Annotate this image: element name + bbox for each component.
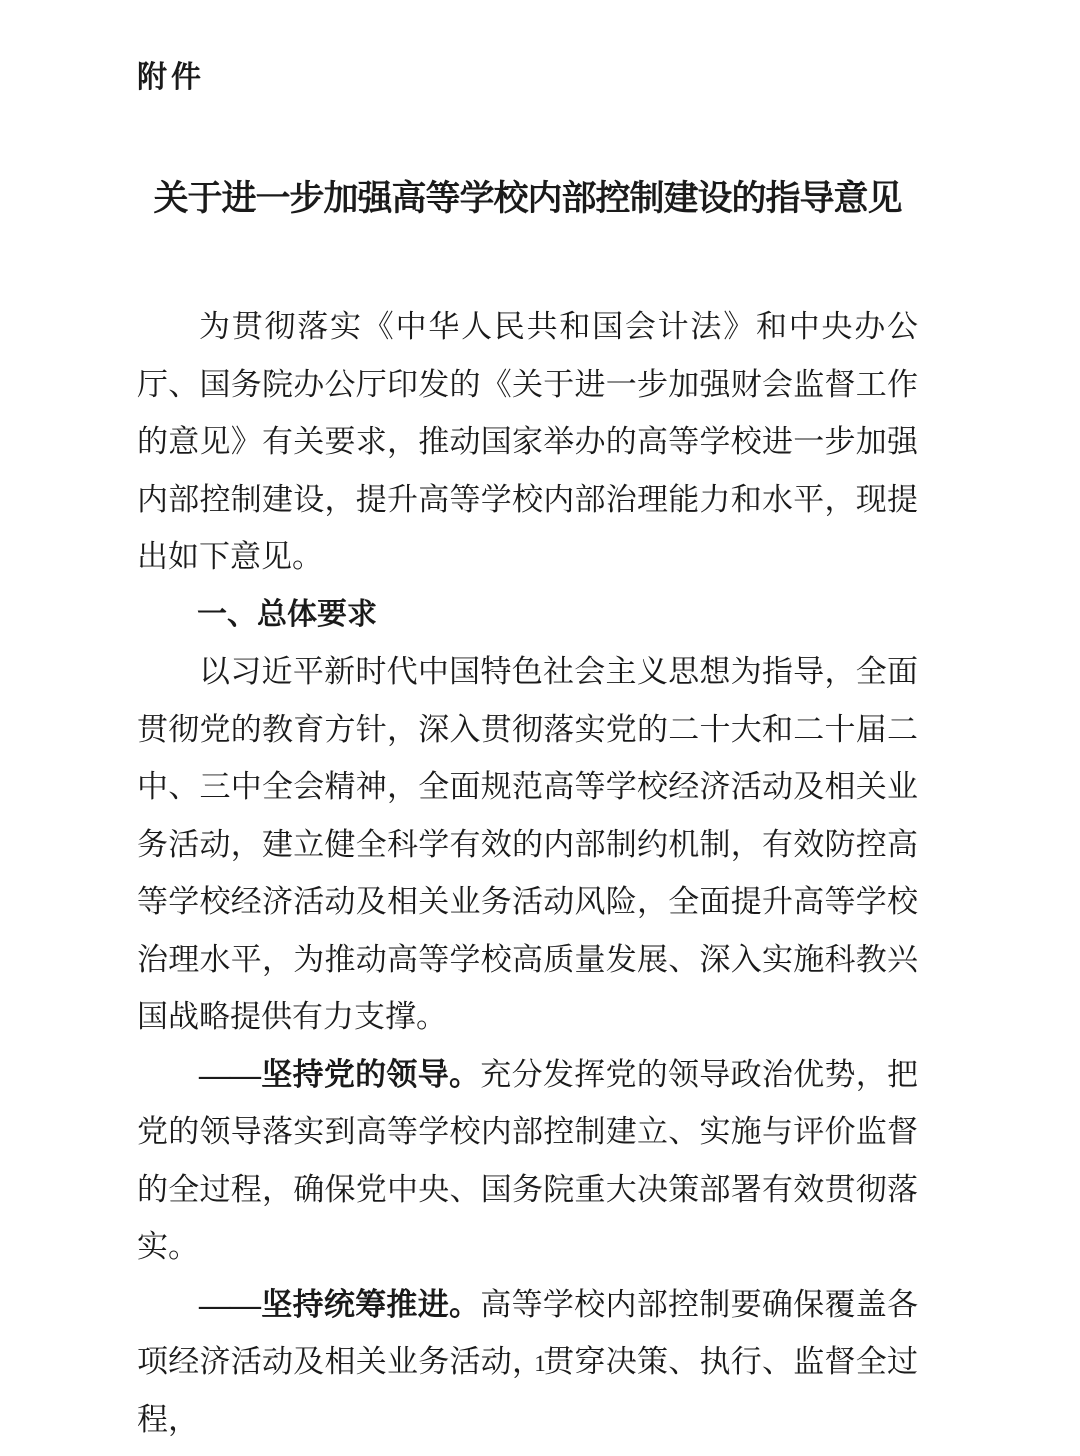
- paragraph-intro: 为贯彻落实《中华人民共和国会计法》和中央办公厅、国务院办公厅印发的《关于进一步加…: [137, 298, 918, 586]
- paragraph-guiding-ideology: 以习近平新时代中国特色社会主义思想为指导，全面贯彻党的教育方针，深入贯彻落实党的…: [137, 643, 918, 1046]
- page-number: 1: [0, 1350, 1080, 1378]
- paragraph-party-leadership: ——坚持党的领导。充分发挥党的领导政治优势，把党的领导落实到高等学校内部控制建立…: [137, 1046, 918, 1276]
- document-page: 附件 关于进一步加强高等学校内部控制建设的指导意见 为贯彻落实《中华人民共和国会…: [0, 0, 1080, 1456]
- section-heading-overall-requirements: 一、总体要求: [137, 586, 918, 644]
- paragraph-lead-party-leadership: ——坚持党的领导。: [199, 1057, 480, 1092]
- document-title: 关于进一步加强高等学校内部控制建设的指导意见: [137, 176, 918, 222]
- paragraph-lead-coordinated-advancement: ——坚持统筹推进。: [199, 1287, 480, 1322]
- attachment-label: 附件: [137, 58, 918, 98]
- document-body: 为贯彻落实《中华人民共和国会计法》和中央办公厅、国务院办公厅印发的《关于进一步加…: [137, 298, 918, 1448]
